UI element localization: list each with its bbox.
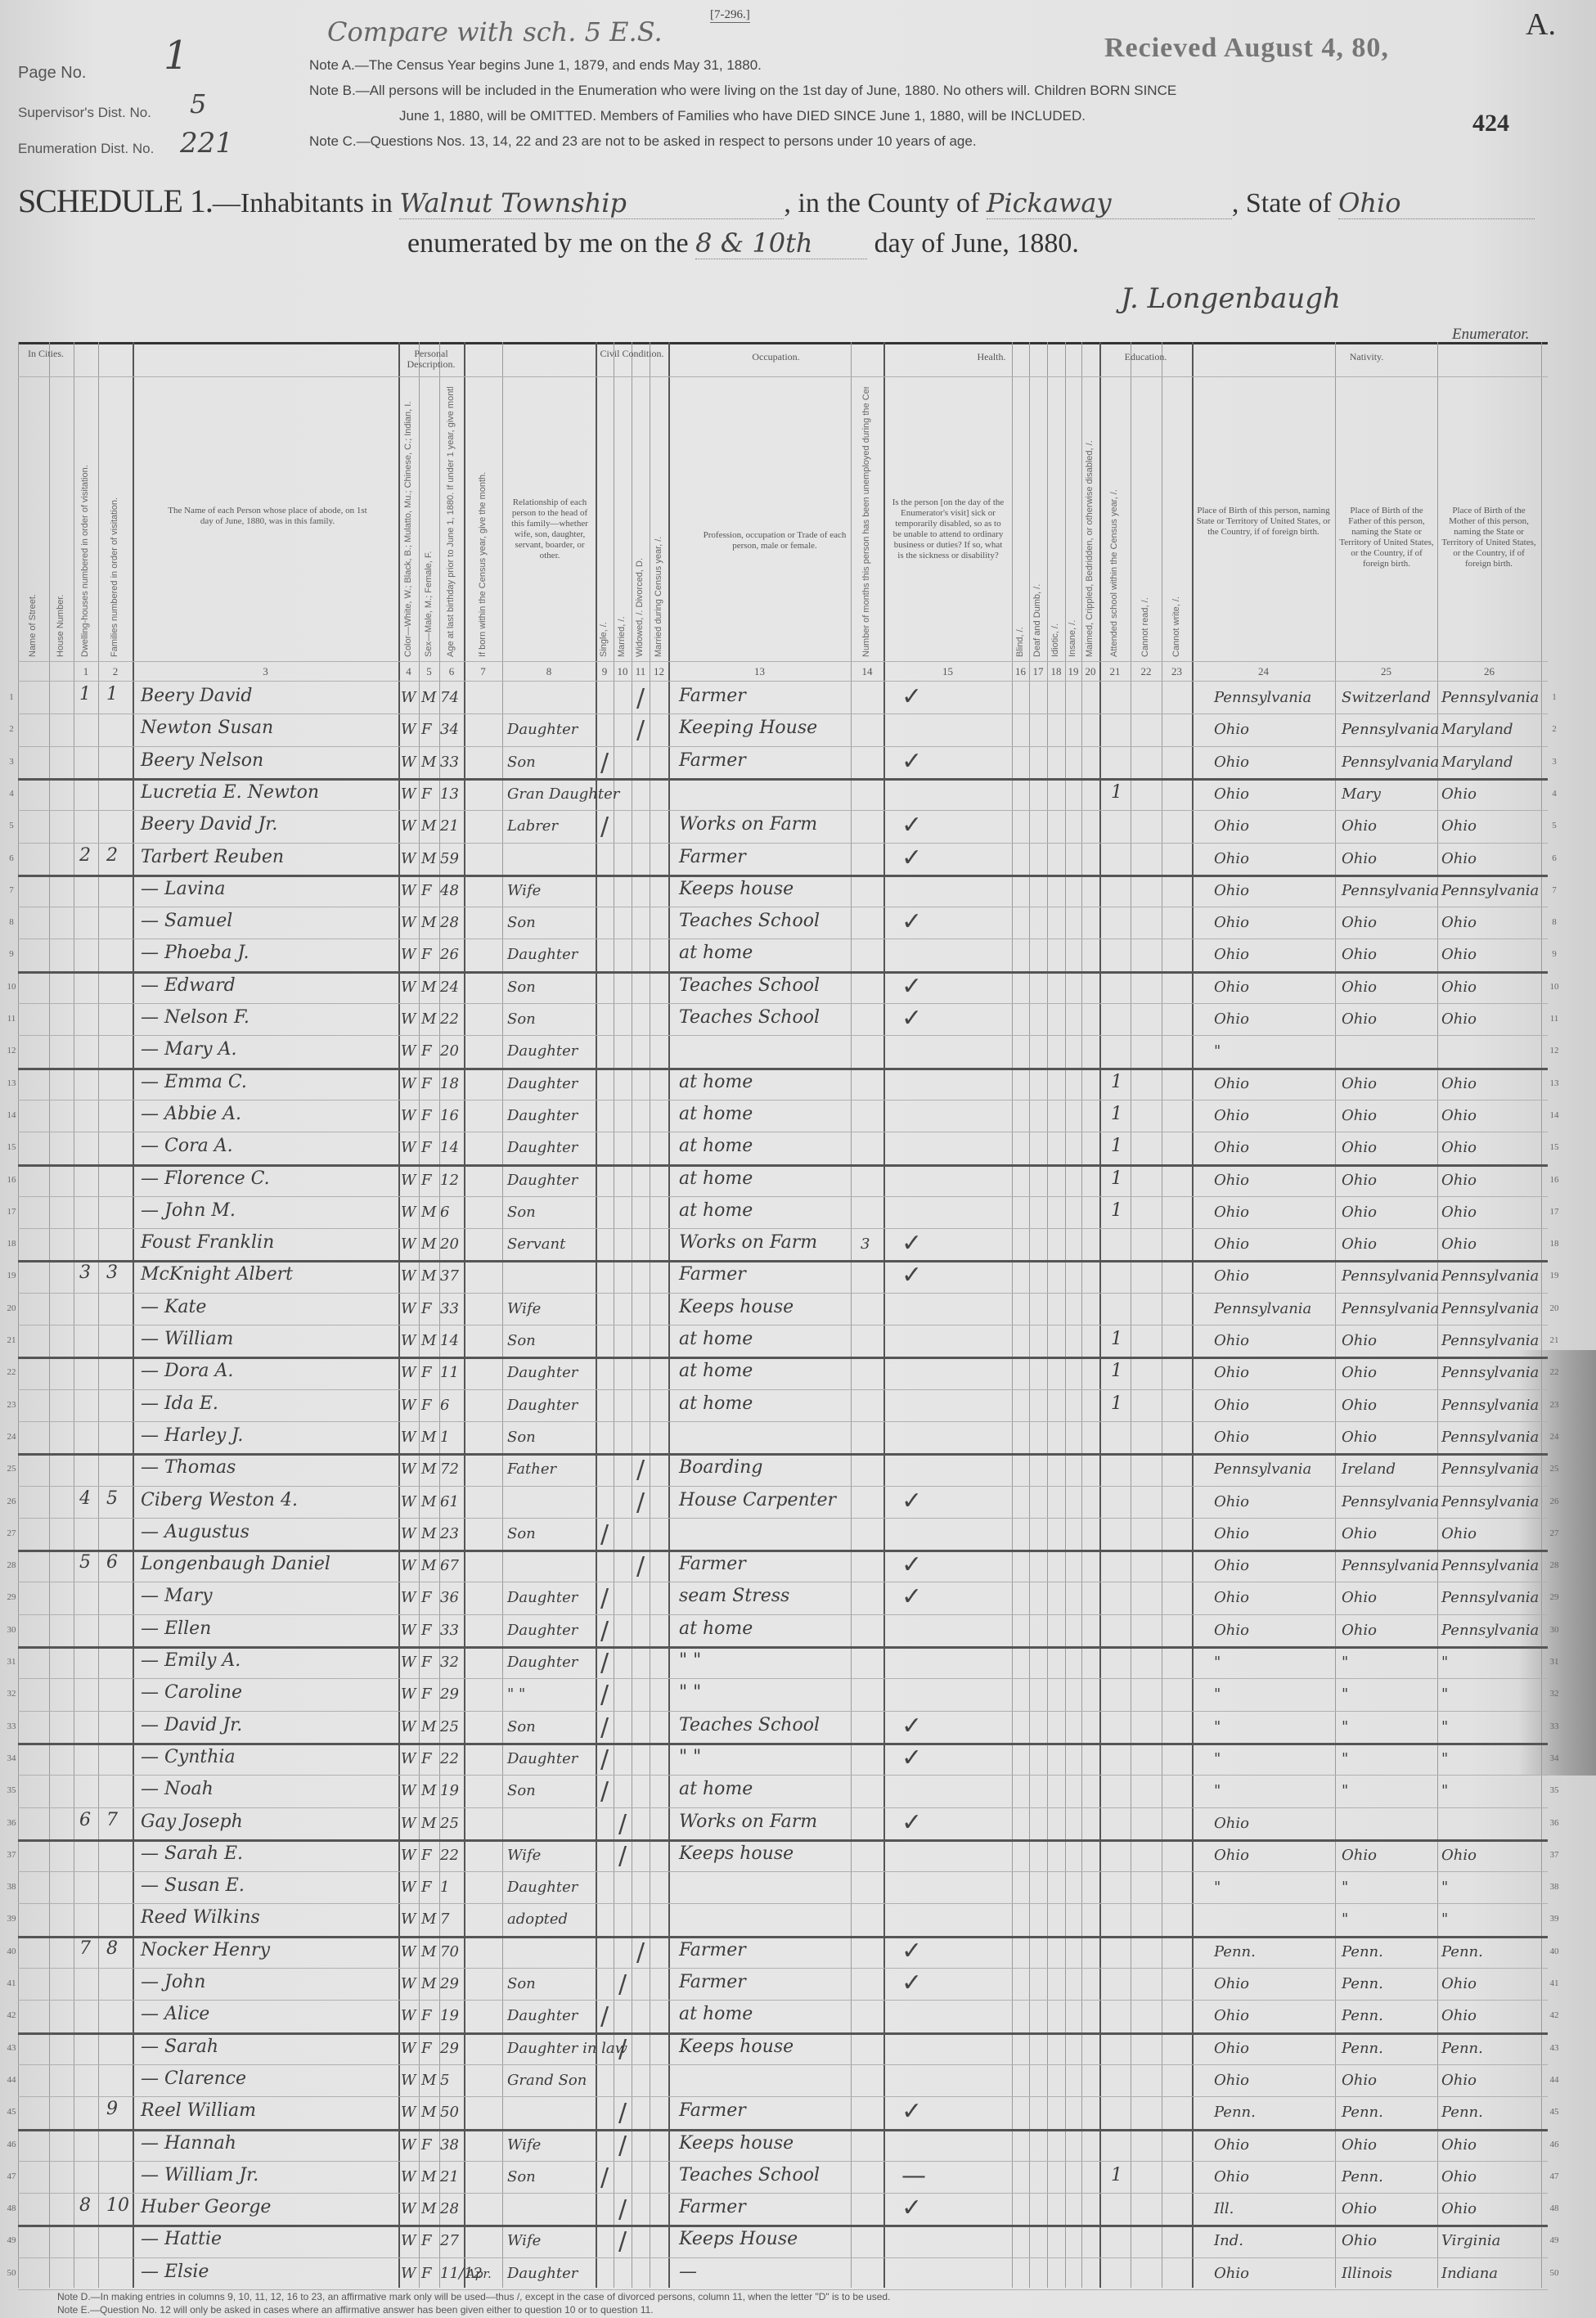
person-name: — Hattie bbox=[141, 2229, 222, 2249]
birthplace-mother: " bbox=[1441, 1654, 1448, 1671]
age-value: 20 bbox=[440, 1236, 459, 1253]
civil-condition-mark: / bbox=[636, 1488, 645, 1517]
row-rule bbox=[18, 1035, 1548, 1036]
birthplace-father: " bbox=[1342, 1654, 1348, 1671]
schedule-title: SCHEDULE 1.—Inhabitants in Walnut Townsh… bbox=[18, 182, 1535, 220]
relationship-value: Son bbox=[507, 1332, 536, 1349]
relationship-value: Gran Daughter bbox=[507, 785, 619, 803]
header-dwelling: Dwelling-houses numbered in order of vis… bbox=[80, 387, 90, 657]
occupation-value: " " bbox=[679, 1747, 701, 1767]
column-number: 8 bbox=[537, 665, 561, 678]
row-rule bbox=[18, 1421, 1548, 1422]
occupation-value: Keeps House bbox=[679, 2229, 798, 2249]
row-number: 24 bbox=[3, 1432, 20, 1442]
family-number: 2 bbox=[106, 845, 118, 866]
person-name: Huber George bbox=[141, 2197, 271, 2217]
person-name: — Sarah E. bbox=[141, 1843, 243, 1864]
row-number: 9 bbox=[3, 949, 20, 959]
person-name: Longenbaugh Daniel bbox=[141, 1554, 330, 1574]
person-name: — Ida E. bbox=[141, 1393, 218, 1414]
person-name: — Alice bbox=[141, 2004, 209, 2024]
color-value: W bbox=[401, 1750, 416, 1767]
row-number-right: 26 bbox=[1546, 1497, 1562, 1506]
age-value: 22 bbox=[440, 1010, 459, 1028]
header-profession: Profession, occupation or Trade of each … bbox=[697, 530, 852, 551]
column-rule bbox=[614, 342, 614, 2288]
sex-value: M bbox=[421, 2168, 436, 2185]
column-number: 12 bbox=[647, 665, 672, 678]
row-rule bbox=[18, 1132, 1548, 1132]
header-single: Single, /. bbox=[599, 387, 609, 657]
sick-mark: ✓ bbox=[901, 972, 922, 1001]
birthplace-father: Penn. bbox=[1342, 1943, 1383, 1960]
birthplace-person: Ohio bbox=[1214, 979, 1249, 996]
occupation-value: at home bbox=[679, 943, 753, 963]
civil-condition-mark: / bbox=[600, 1681, 609, 1709]
color-value: W bbox=[401, 914, 416, 931]
header-subrule bbox=[18, 376, 1548, 377]
sex-value: M bbox=[421, 1332, 436, 1349]
attended-school-mark: 1 bbox=[1111, 1168, 1122, 1189]
relationship-value: Labrer bbox=[507, 817, 558, 835]
occupation-value: Keeps house bbox=[679, 2133, 794, 2154]
sex-value: F bbox=[421, 882, 432, 899]
relationship-value: Daughter bbox=[507, 1750, 578, 1767]
relationship-value: Father bbox=[507, 1461, 556, 1478]
relationship-value: Daughter in law bbox=[507, 2040, 627, 2057]
occupation-value: Teaches School bbox=[679, 1007, 820, 1028]
row-rule bbox=[18, 2064, 1548, 2065]
occupation-value: at home bbox=[679, 1104, 753, 1124]
birthplace-mother: " bbox=[1441, 1782, 1448, 1799]
row-rule bbox=[18, 1678, 1548, 1679]
row-number-right: 4 bbox=[1546, 789, 1562, 799]
sex-value: M bbox=[421, 850, 436, 867]
color-value: W bbox=[401, 1782, 416, 1799]
birthplace-father: Pennsylvania bbox=[1342, 721, 1439, 738]
row-rule bbox=[18, 1389, 1548, 1390]
header-married-census-year: Married during Census year, /. bbox=[654, 387, 663, 657]
column-rule bbox=[1162, 342, 1162, 2288]
relationship-value: adopted bbox=[507, 1911, 568, 1928]
row-rule bbox=[18, 938, 1548, 939]
birthplace-father: " bbox=[1342, 1718, 1348, 1735]
sick-mark: ✓ bbox=[901, 1261, 922, 1290]
color-value: W bbox=[401, 2168, 416, 2185]
birthplace-mother: Ohio bbox=[1441, 1204, 1477, 1221]
relationship-value: Servant bbox=[507, 1236, 565, 1253]
column-rule bbox=[1065, 342, 1066, 2288]
header-name: The Name of each Person whose place of a… bbox=[165, 506, 370, 527]
relationship-value: Son bbox=[507, 2168, 536, 2185]
row-number-right: 2 bbox=[1546, 724, 1562, 734]
column-number: 15 bbox=[936, 665, 960, 678]
column-rule bbox=[1099, 342, 1101, 2288]
relationship-value: Wife bbox=[507, 2232, 541, 2249]
birthplace-mother: Ohio bbox=[1441, 2007, 1477, 2024]
township-field: Walnut Township bbox=[399, 187, 784, 219]
birthplace-person: " bbox=[1214, 1750, 1221, 1767]
header-cannot-write: Cannot write, /. bbox=[1171, 387, 1181, 657]
sex-value: M bbox=[421, 2072, 436, 2089]
sick-mark: ✓ bbox=[901, 2194, 922, 2222]
age-value: 38 bbox=[440, 2136, 459, 2154]
row-rule bbox=[18, 2161, 1548, 2162]
column-rule bbox=[1131, 342, 1131, 2288]
row-rule bbox=[18, 1325, 1548, 1326]
person-name: — Ellen bbox=[141, 1618, 211, 1639]
row-number-right: 44 bbox=[1546, 2075, 1562, 2085]
birthplace-mother: Ohio bbox=[1441, 1847, 1477, 1864]
row-rule bbox=[18, 1518, 1548, 1519]
color-value: W bbox=[401, 882, 416, 899]
family-number: 7 bbox=[106, 1810, 118, 1830]
sex-value: F bbox=[421, 1107, 432, 1124]
state-label: , State of bbox=[1232, 188, 1332, 218]
row-rule bbox=[18, 1903, 1548, 1904]
column-rule bbox=[74, 342, 74, 2288]
row-number-right: 28 bbox=[1546, 1560, 1562, 1570]
row-number: 31 bbox=[3, 1657, 20, 1667]
birthplace-mother: Ohio bbox=[1441, 1075, 1477, 1092]
birthplace-father: Ohio bbox=[1342, 1397, 1377, 1414]
occupation-value: Keeps house bbox=[679, 2037, 794, 2057]
sex-value: F bbox=[421, 1654, 432, 1671]
row-number: 30 bbox=[3, 1625, 20, 1635]
attended-school-mark: 1 bbox=[1111, 1104, 1122, 1124]
age-value: 29 bbox=[440, 1975, 459, 1992]
color-value: W bbox=[401, 817, 416, 835]
birthplace-father: " bbox=[1342, 1879, 1348, 1896]
sex-value: F bbox=[421, 1622, 432, 1639]
relationship-value: Daughter bbox=[507, 1364, 578, 1381]
birthplace-mother: Virginia bbox=[1441, 2232, 1500, 2249]
color-value: W bbox=[401, 1525, 416, 1542]
enumeration-dist-label: Enumeration Dist. No. bbox=[18, 141, 154, 157]
relationship-value: Son bbox=[507, 1204, 536, 1221]
attended-school-mark: 1 bbox=[1111, 1136, 1122, 1156]
age-value: 19 bbox=[440, 1782, 459, 1799]
birthplace-person: Ind. bbox=[1214, 2232, 1243, 2249]
birthplace-person: Ohio bbox=[1214, 1010, 1249, 1028]
birthplace-mother: Pennsylvania bbox=[1441, 1397, 1539, 1414]
age-value: 22 bbox=[440, 1847, 459, 1864]
occupation-value: Teaches School bbox=[679, 1715, 820, 1735]
column-number: 6 bbox=[439, 665, 464, 678]
row-number: 47 bbox=[3, 2172, 20, 2181]
row-number: 6 bbox=[3, 853, 20, 863]
occupation-value: " " bbox=[679, 1682, 701, 1703]
relationship-value: Wife bbox=[507, 882, 541, 899]
civil-condition-mark: / bbox=[600, 1713, 609, 1742]
column-number: 21 bbox=[1103, 665, 1127, 678]
sex-value: M bbox=[421, 1204, 436, 1221]
birthplace-mother: Ohio bbox=[1441, 850, 1477, 867]
column-rule bbox=[1012, 342, 1013, 2288]
birthplace-mother: Pennsylvania bbox=[1441, 882, 1539, 899]
birthplace-person: Ohio bbox=[1214, 1139, 1249, 1156]
age-value: 67 bbox=[440, 1557, 459, 1574]
row-rule bbox=[18, 746, 1548, 747]
birthplace-father: Pennsylvania bbox=[1342, 1557, 1439, 1574]
column-rule bbox=[49, 342, 50, 2288]
civil-condition-mark: / bbox=[618, 2035, 627, 2064]
birthplace-person: Ohio bbox=[1214, 2265, 1249, 2282]
row-number-right: 29 bbox=[1546, 1592, 1562, 1602]
age-value: 13 bbox=[440, 785, 459, 803]
row-number: 4 bbox=[3, 789, 20, 799]
birthplace-person: " bbox=[1214, 1686, 1221, 1703]
row-number: 7 bbox=[3, 885, 20, 895]
sex-value: F bbox=[421, 2136, 432, 2154]
birthplace-father: Ohio bbox=[1342, 1589, 1377, 1606]
person-name: — Elsie bbox=[141, 2262, 209, 2282]
occupation-value: House Carpenter bbox=[679, 1490, 836, 1510]
family-number: 3 bbox=[106, 1263, 118, 1283]
row-number-right: 47 bbox=[1546, 2172, 1562, 2181]
row-number: 13 bbox=[3, 1078, 20, 1088]
birthplace-person: " bbox=[1214, 1718, 1221, 1735]
color-value: W bbox=[401, 1847, 416, 1864]
enumerator-label: Enumerator. bbox=[1452, 326, 1529, 344]
person-name: — Samuel bbox=[141, 911, 232, 931]
header-deaf: Deaf and Dumb, /. bbox=[1032, 387, 1042, 657]
birthplace-father: Ohio bbox=[1342, 1107, 1377, 1124]
family-divider bbox=[18, 778, 1548, 781]
relationship-value: Daughter bbox=[507, 1589, 578, 1606]
age-value: 61 bbox=[440, 1493, 459, 1510]
relationship-value: " " bbox=[507, 1686, 525, 1703]
row-number: 44 bbox=[3, 2075, 20, 2085]
birthplace-father: Ohio bbox=[1342, 817, 1377, 835]
birthplace-father: Penn. bbox=[1342, 2040, 1383, 2057]
birthplace-person: Ohio bbox=[1214, 1075, 1249, 1092]
birthplace-father: " bbox=[1342, 1686, 1348, 1703]
age-value: 6 bbox=[440, 1397, 449, 1414]
birthplace-mother: Ohio bbox=[1441, 817, 1477, 835]
relationship-value: Daughter bbox=[507, 721, 578, 738]
header-sex: Sex—Male, M.; Female, F. bbox=[424, 387, 434, 657]
birthplace-person: Ohio bbox=[1214, 2007, 1249, 2024]
sex-value: M bbox=[421, 1943, 436, 1960]
birthplace-mother: Pennsylvania bbox=[1441, 1622, 1539, 1639]
supervisor-dist-value: 5 bbox=[190, 88, 206, 119]
birthplace-person: Ohio bbox=[1214, 1364, 1249, 1381]
header-health: Health. bbox=[883, 352, 1099, 362]
sex-value: M bbox=[421, 1975, 436, 1992]
row-rule bbox=[18, 1807, 1548, 1808]
age-value: 37 bbox=[440, 1267, 459, 1285]
header-cannot-read: Cannot read, /. bbox=[1140, 387, 1150, 657]
column-number: 22 bbox=[1134, 665, 1158, 678]
sex-value: F bbox=[421, 2040, 432, 2057]
row-number-right: 13 bbox=[1546, 1078, 1562, 1088]
birthplace-mother: Penn. bbox=[1441, 1943, 1483, 1960]
occupation-value: Keeps house bbox=[679, 1843, 794, 1864]
relationship-value: Son bbox=[507, 1010, 536, 1028]
color-value: W bbox=[401, 946, 416, 963]
person-name: Tarbert Reuben bbox=[141, 847, 284, 867]
color-value: W bbox=[401, 2200, 416, 2217]
occupation-value: Works on Farm bbox=[679, 1232, 817, 1253]
row-number-right: 15 bbox=[1546, 1142, 1562, 1152]
age-value: 14 bbox=[440, 1139, 459, 1156]
relationship-value: Son bbox=[507, 979, 536, 996]
handwritten-annotation: Compare with sch. 5 E.S. bbox=[327, 16, 663, 47]
occupation-value: at home bbox=[679, 1136, 753, 1156]
birthplace-father: Pennsylvania bbox=[1342, 1493, 1439, 1510]
page-no-label: Page No. bbox=[18, 64, 86, 83]
header-education: Education. bbox=[1099, 352, 1192, 362]
header-widowed: Widowed, /. Divorced, D. bbox=[635, 387, 645, 657]
color-value: W bbox=[401, 1943, 416, 1960]
sick-mark: ✓ bbox=[901, 1744, 922, 1772]
note-b-line2: June 1, 1880, will be OMITTED. Members o… bbox=[399, 108, 1086, 124]
row-number-right: 14 bbox=[1546, 1110, 1562, 1120]
color-value: W bbox=[401, 1172, 416, 1189]
birthplace-person: Ohio bbox=[1214, 882, 1249, 899]
birthplace-person: Ohio bbox=[1214, 1493, 1249, 1510]
occupation-value: — bbox=[679, 2262, 697, 2282]
birthplace-person: Ohio bbox=[1214, 1397, 1249, 1414]
row-number-right: 39 bbox=[1546, 1914, 1562, 1924]
color-value: W bbox=[401, 785, 416, 803]
sex-value: F bbox=[421, 946, 432, 963]
birthplace-father: Ohio bbox=[1342, 979, 1377, 996]
row-number: 17 bbox=[3, 1207, 20, 1217]
civil-condition-mark: / bbox=[618, 2099, 627, 2127]
color-value: W bbox=[401, 1075, 416, 1092]
sex-value: M bbox=[421, 1493, 436, 1510]
attended-school-mark: 1 bbox=[1111, 1200, 1122, 1221]
birthplace-father: Ohio bbox=[1342, 1332, 1377, 1349]
birthplace-person: " bbox=[1214, 1042, 1221, 1060]
column-rule bbox=[1029, 342, 1030, 2288]
column-rule bbox=[133, 342, 134, 2288]
birthplace-mother: Pennsylvania bbox=[1441, 1429, 1539, 1446]
civil-condition-mark: / bbox=[618, 1810, 627, 1839]
row-number-right: 11 bbox=[1546, 1014, 1562, 1024]
relationship-value: Daughter bbox=[507, 2265, 578, 2282]
age-value: 20 bbox=[440, 1042, 459, 1060]
column-rule bbox=[650, 342, 650, 2288]
attended-school-mark: 1 bbox=[1111, 782, 1122, 803]
row-number-right: 12 bbox=[1546, 1046, 1562, 1055]
header-birthplace-person: Place of Birth of this person, naming St… bbox=[1196, 506, 1331, 538]
birthplace-father: Ohio bbox=[1342, 1139, 1377, 1156]
row-number-right: 37 bbox=[1546, 1850, 1562, 1860]
header-insane: Insane, /. bbox=[1068, 387, 1077, 657]
row-number: 36 bbox=[3, 1818, 20, 1828]
column-rule bbox=[464, 342, 465, 2288]
birthplace-father: Ohio bbox=[1342, 1622, 1377, 1639]
color-value: W bbox=[401, 979, 416, 996]
header-birthplace-father: Place of Birth of the Father of this per… bbox=[1338, 506, 1435, 569]
birthplace-person: Ohio bbox=[1214, 946, 1249, 963]
age-value: 33 bbox=[440, 754, 459, 771]
color-value: W bbox=[401, 1236, 416, 1253]
color-value: W bbox=[401, 1461, 416, 1478]
column-rule bbox=[1047, 342, 1048, 2288]
color-value: W bbox=[401, 754, 416, 771]
sick-mark: ✓ bbox=[901, 1551, 922, 1579]
person-name: — Mary bbox=[141, 1586, 213, 1606]
birthplace-father: " bbox=[1342, 1782, 1348, 1799]
row-rule bbox=[18, 2000, 1548, 2001]
relationship-value: Daughter bbox=[507, 2007, 578, 2024]
age-value: 29 bbox=[440, 1686, 459, 1703]
person-name: Beery David Jr. bbox=[141, 814, 277, 835]
age-value: 36 bbox=[440, 1589, 459, 1606]
age-value: 33 bbox=[440, 1300, 459, 1317]
sex-value: M bbox=[421, 1557, 436, 1574]
family-divider bbox=[18, 1164, 1548, 1167]
column-rule bbox=[596, 342, 597, 2288]
dwelling-number: 6 bbox=[79, 1810, 91, 1830]
birthplace-father: Ohio bbox=[1342, 946, 1377, 963]
person-name: — William Jr. bbox=[141, 2165, 259, 2185]
header-in-cities: In Cities. bbox=[18, 349, 74, 359]
color-value: W bbox=[401, 1332, 416, 1349]
row-number: 28 bbox=[3, 1560, 20, 1570]
occupation-value: Keeping House bbox=[679, 718, 817, 738]
age-value: 25 bbox=[440, 1718, 459, 1735]
attended-school-mark: 1 bbox=[1111, 1072, 1122, 1092]
relationship-value: Son bbox=[507, 1525, 536, 1542]
color-value: W bbox=[401, 1654, 416, 1671]
color-value: W bbox=[401, 1879, 416, 1896]
note-b-line1: Note B.—All persons will be included in … bbox=[309, 83, 1176, 99]
person-name: Beery David bbox=[141, 686, 252, 706]
civil-condition-mark: / bbox=[636, 1938, 645, 1967]
person-name: — Florence C. bbox=[141, 1168, 270, 1189]
row-number-right: 8 bbox=[1546, 917, 1562, 927]
attended-school-mark: 1 bbox=[1111, 2165, 1122, 2185]
row-rule bbox=[18, 2096, 1548, 2097]
row-number-right: 19 bbox=[1546, 1271, 1562, 1281]
sex-value: F bbox=[421, 1364, 432, 1381]
color-value: W bbox=[401, 2007, 416, 2024]
form-code: [7-296.] bbox=[710, 8, 750, 23]
color-value: W bbox=[401, 1622, 416, 1639]
relationship-value: Son bbox=[507, 1782, 536, 1799]
row-number: 21 bbox=[3, 1335, 20, 1345]
row-number-right: 43 bbox=[1546, 2043, 1562, 2053]
family-divider bbox=[18, 1936, 1548, 1938]
age-value: 6 bbox=[440, 1204, 449, 1221]
column-number: 24 bbox=[1252, 665, 1276, 678]
person-name: Foust Franklin bbox=[141, 1232, 274, 1253]
sick-mark: ✓ bbox=[901, 747, 922, 776]
birthplace-person: Ohio bbox=[1214, 1622, 1249, 1639]
age-value: 70 bbox=[440, 1943, 459, 1960]
age-value: 32 bbox=[440, 1654, 459, 1671]
occupation-value: seam Stress bbox=[679, 1586, 789, 1606]
person-name: — William bbox=[141, 1329, 233, 1349]
family-number: 8 bbox=[106, 1938, 118, 1959]
months-unemployed-value: 3 bbox=[861, 1236, 870, 1253]
sick-mark: ✓ bbox=[901, 1487, 922, 1515]
occupation-value: Teaches School bbox=[679, 2165, 820, 2185]
column-rule bbox=[18, 342, 19, 2288]
column-number: 5 bbox=[417, 665, 442, 678]
birthplace-mother: Pennsylvania bbox=[1441, 1332, 1539, 1349]
sex-value: F bbox=[421, 1847, 432, 1864]
birthplace-father: Penn. bbox=[1342, 2104, 1383, 2121]
row-number-right: 9 bbox=[1546, 949, 1562, 959]
row-rule bbox=[18, 1614, 1548, 1615]
age-value: 27 bbox=[440, 2232, 459, 2249]
